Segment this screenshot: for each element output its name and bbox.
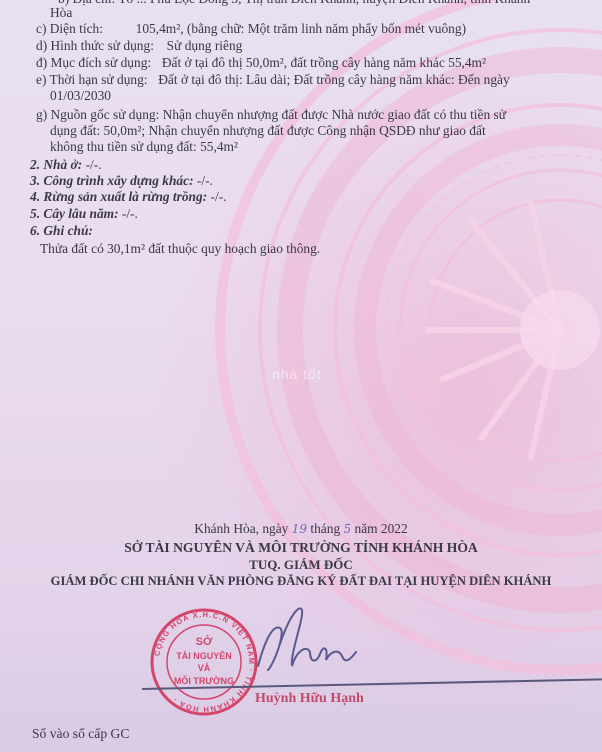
- section-forest: 4. Rừng sản xuất là rừng trồng: -/-.: [30, 189, 227, 205]
- use-form-label: d) Hình thức sử dụng:: [36, 38, 154, 53]
- origin-label: g) Nguồn gốc sử dụng:: [36, 107, 159, 122]
- signer-title: GIÁM ĐỐC CHI NHÁNH VĂN PHÒNG ĐĂNG KÝ ĐẤT…: [0, 573, 602, 589]
- certificate-content: b) Địa chỉ: Tổ ... Phú Lộc Đông 3, Thị t…: [0, 0, 602, 752]
- section-perennial-value: -/-.: [122, 206, 138, 221]
- address-line: b) Địa chỉ: Tổ ... Phú Lộc Đông 3, Thị t…: [58, 0, 530, 7]
- agency-name: SỞ TÀI NGUYÊN VÀ MÔI TRƯỜNG TỈNH KHÁNH H…: [0, 540, 602, 556]
- purpose-value: Đất ở tại đô thị 50,0m², đất trồng cây h…: [162, 55, 486, 70]
- section-house: 2. Nhà ở: -/-.: [30, 157, 102, 173]
- section-other-works: 3. Công trình xây dựng khác: -/-.: [30, 173, 213, 189]
- purpose-label: đ) Mục đích sử dụng:: [36, 55, 151, 70]
- place-date-prefix: Khánh Hòa, ngày: [194, 521, 288, 536]
- section-notes-label: 6. Ghi chú:: [30, 223, 93, 238]
- origin-value-3: không thu tiền sử dụng đất: 55,4m²: [50, 139, 238, 155]
- official-seal-icon: CỘNG HÒA X.H.C.N VIỆT NAM · TỈNH KHÁNH H…: [146, 607, 262, 717]
- signer-name: Huỳnh Hữu Hạnh: [255, 691, 364, 707]
- area-label: c) Diện tích:: [36, 21, 103, 36]
- address-tail: Hòa: [50, 5, 72, 21]
- svg-text:MÔI TRƯỜNG: MÔI TRƯỜNG: [174, 675, 234, 686]
- use-form-row: d) Hình thức sử dụng: Sử dụng riêng: [36, 38, 242, 54]
- on-behalf: TUQ. GIÁM ĐỐC: [0, 557, 602, 573]
- handwritten-signature-icon: [250, 604, 360, 684]
- section-house-value: -/-.: [86, 157, 102, 172]
- section-other-works-label: 3. Công trình xây dựng khác:: [30, 173, 194, 188]
- month-label: tháng: [310, 521, 340, 536]
- origin-value-2: dụng đất: 50,0m²; Nhận chuyển nhượng đất…: [50, 123, 486, 139]
- date-month: 5: [344, 522, 352, 536]
- note-text: Thửa đất có 30,1m² đất thuộc quy hoạch g…: [40, 241, 320, 257]
- term-label: e) Thời hạn sử dụng:: [36, 72, 148, 87]
- section-notes: 6. Ghi chú:: [30, 223, 93, 239]
- year-label: năm 2022: [355, 521, 408, 536]
- register-number-label: Số vào sổ cấp GC: [32, 726, 129, 742]
- svg-text:SỞ: SỞ: [196, 635, 213, 648]
- section-perennial-label: 5. Cây lâu năm:: [30, 206, 119, 221]
- place-date: Khánh Hòa, ngày 19 tháng 5 năm 2022: [0, 521, 602, 537]
- term-row: e) Thời hạn sử dụng: Đất ở tại đô thị: L…: [36, 72, 510, 88]
- use-form-value: Sử dụng riêng: [167, 38, 243, 53]
- term-value: Đất ở tại đô thị: Lâu dài; Đất trồng cây…: [158, 72, 509, 87]
- svg-text:TÀI NGUYÊN: TÀI NGUYÊN: [176, 650, 232, 661]
- section-other-works-value: -/-.: [197, 173, 213, 188]
- area-value: 105,4m², (bằng chữ: Một trăm linh năm ph…: [136, 21, 466, 36]
- area-row: c) Diện tích: 105,4m², (bằng chữ: Một tr…: [36, 21, 466, 37]
- origin-row: g) Nguồn gốc sử dụng: Nhận chuyển nhượng…: [36, 107, 506, 123]
- date-day: 19: [292, 522, 307, 536]
- section-perennial: 5. Cây lâu năm: -/-.: [30, 206, 138, 222]
- origin-value-1: Nhận chuyển nhượng đất được Nhà nước gia…: [163, 107, 506, 122]
- section-forest-label: 4. Rừng sản xuất là rừng trồng:: [30, 189, 207, 204]
- section-house-label: 2. Nhà ở:: [30, 157, 82, 172]
- term-date: 01/03/2030: [50, 88, 111, 104]
- purpose-row: đ) Mục đích sử dụng: Đất ở tại đô thị 50…: [36, 55, 486, 71]
- svg-text:VÀ: VÀ: [198, 663, 211, 673]
- section-forest-value: -/-.: [211, 189, 227, 204]
